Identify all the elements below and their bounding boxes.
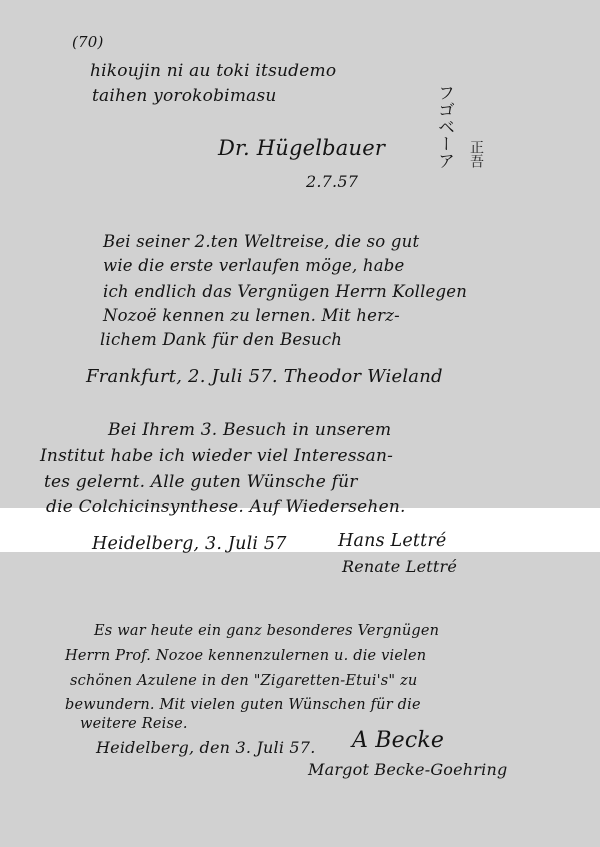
entry-1-line-2: taihen yorokobimasu (92, 86, 277, 106)
entry-3-place-date: Heidelberg, 3. Juli 57 (92, 534, 287, 554)
entry-3-line-1: Bei Ihrem 3. Besuch in unserem (108, 420, 391, 440)
entry-1-signature: Dr. Hügelbauer (218, 136, 385, 160)
entry-3-line-2: Institut habe ich wieder viel Interessan… (40, 446, 393, 466)
entry-3-signature-1: Hans Lettré (338, 531, 446, 551)
entry-2-line-5: lichem Dank für den Besuch (100, 330, 342, 349)
entry-1-kanji-name: 正吾 (467, 140, 485, 168)
entry-3-line-4: die Colchicinsynthese. Auf Wiedersehen. (46, 497, 406, 517)
entry-4-signature-1: A Becke (352, 728, 444, 753)
entry-2-line-2: wie die erste verlaufen möge, habe (103, 256, 404, 275)
entry-1-date: 2.7.57 (306, 172, 358, 191)
entry-1-katakana-name: フゴベーア (434, 84, 454, 169)
entry-4-line-5: weitere Reise. (80, 716, 188, 732)
entry-2-line-4: Nozoë kennen zu lernen. Mit herz- (103, 306, 400, 325)
entry-4-line-3: schönen Azulene in den "Zigaretten-Etui'… (70, 673, 417, 689)
entry-4-signature-2: Margot Becke-Goehring (308, 760, 507, 779)
entry-4-line-2: Herrn Prof. Nozoe kennenzulernen u. die … (65, 648, 426, 664)
page-number: (70) (72, 33, 104, 51)
entry-3-line-3: tes gelernt. Alle guten Wünsche für (44, 472, 358, 492)
guestbook-page: (70) hikoujin ni au toki itsudemo taihen… (0, 0, 600, 847)
entry-2-line-1: Bei seiner 2.ten Weltreise, die so gut (103, 232, 419, 251)
entry-2-line-3: ich endlich das Vergnügen Herrn Kollegen (103, 282, 467, 301)
entry-3-signature-2: Renate Lettré (342, 557, 457, 576)
entry-4-place-date: Heidelberg, den 3. Juli 57. (96, 738, 315, 757)
entry-2-place-date-signature: Frankfurt, 2. Juli 57. Theodor Wieland (86, 366, 443, 387)
entry-4-line-4: bewundern. Mit vielen guten Wünschen für… (65, 697, 421, 713)
entry-1-line-1: hikoujin ni au toki itsudemo (90, 61, 336, 81)
entry-4-line-1: Es war heute ein ganz besonderes Vergnüg… (94, 623, 439, 639)
